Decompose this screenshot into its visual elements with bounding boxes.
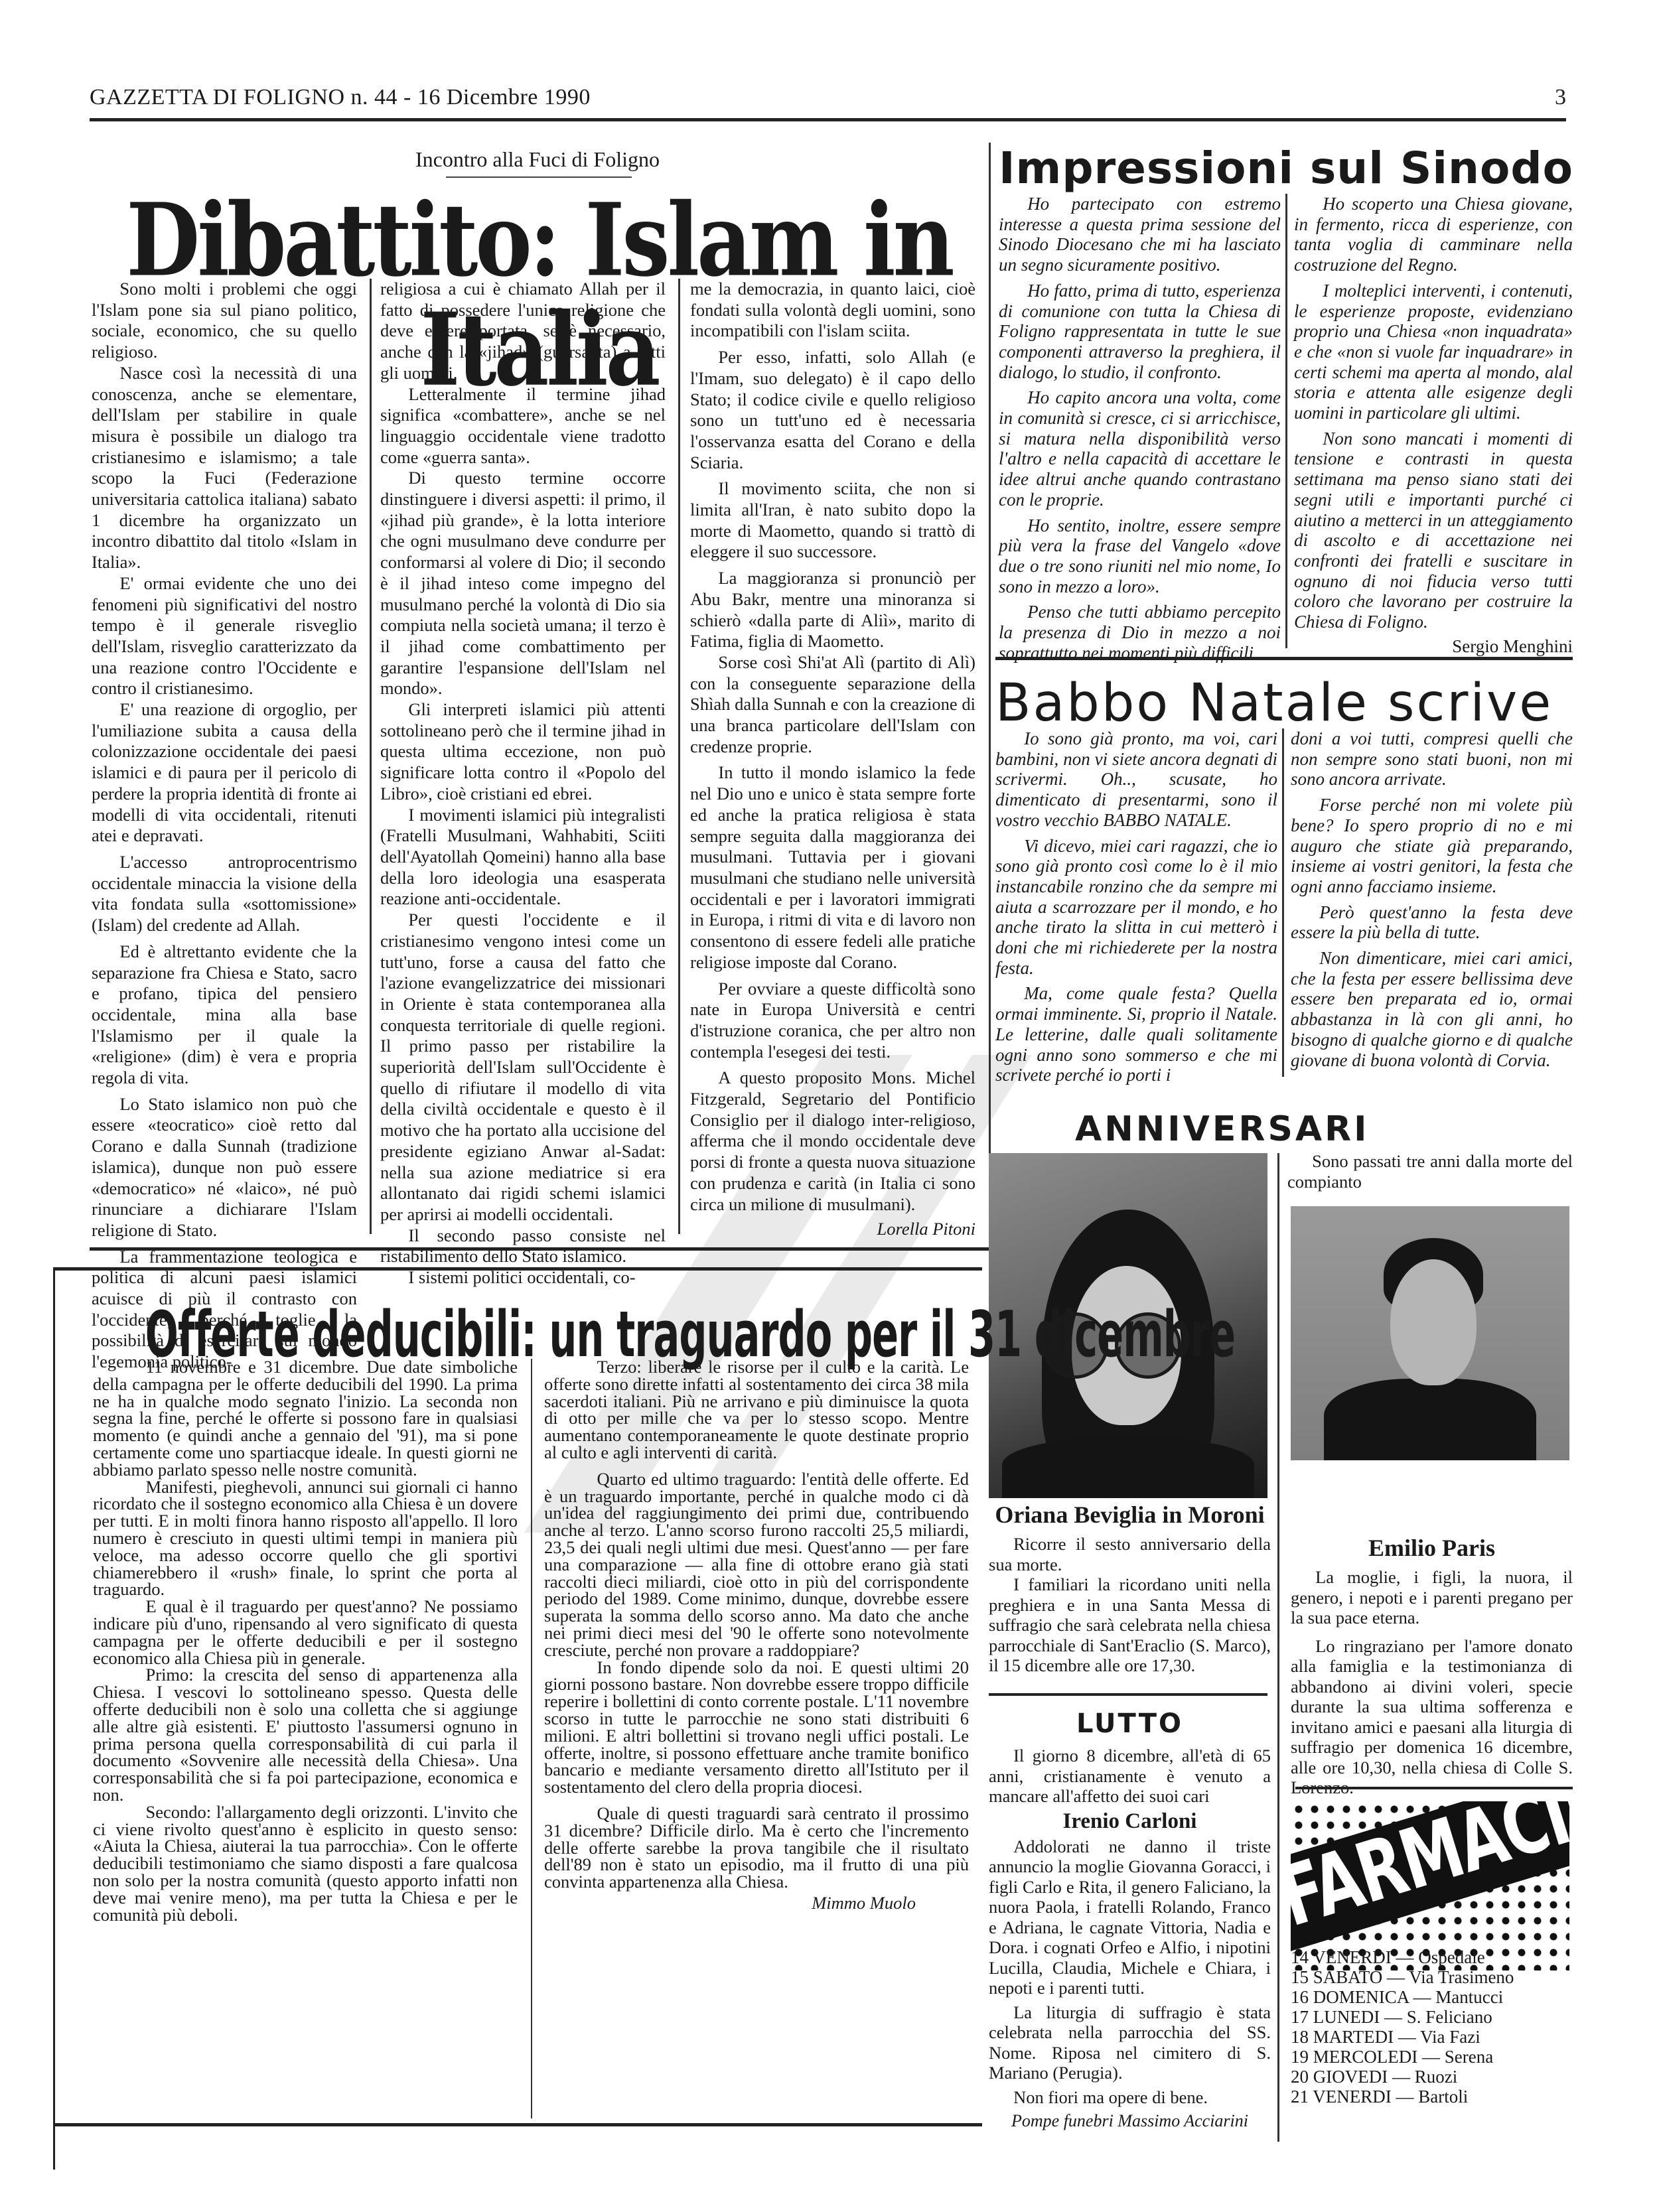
- headline-anniversari: ANNIVERSARI: [1075, 1109, 1486, 1149]
- page-number: 3: [1555, 85, 1566, 110]
- author-byline: Mimmo Muolo: [544, 1895, 969, 1912]
- intro-text: Sono passati tre anni dalla morte del co…: [1287, 1151, 1573, 1192]
- paragraph: 11 novembre e 31 dicembre. Due date simb…: [93, 1359, 518, 1479]
- paragraph: doni a voi tutti, compresi quelli che no…: [1291, 728, 1573, 790]
- islam-column-3: me la democrazia, in quanto laici, cioè …: [690, 279, 975, 1240]
- sinodo-column-1: Ho partecipato con estremo interesse a q…: [999, 194, 1281, 663]
- anniversari-intro: Sono passati tre anni dalla morte del co…: [1287, 1151, 1573, 1192]
- list-item: 18 MARTEDI — Via Fazi: [1291, 2027, 1569, 2047]
- paragraph: Quale di questi traguardi sarà centrato …: [544, 1805, 969, 1891]
- paragraph: Primo: la crescita del senso di apparten…: [93, 1667, 518, 1803]
- paragraph: religiosa a cui è chiamato Allah per il …: [380, 279, 666, 384]
- sinodo-column-2: Ho scoperto una Chiesa giovane, in ferme…: [1294, 194, 1573, 656]
- list-item: 16 DOMENICA — Mantucci: [1291, 1987, 1569, 2007]
- farmacie-logo: FARMACIE: [1291, 1801, 1569, 1970]
- article-kicker: Incontro alla Fuci di Foligno: [372, 147, 703, 172]
- kicker-underline: [446, 176, 632, 178]
- paragraph: Lo ringraziano per l'amore donato alla f…: [1291, 1636, 1573, 1798]
- deceased-name: Emilio Paris: [1291, 1534, 1573, 1562]
- paragraph: Addolorati ne danno il triste annuncio l…: [989, 1836, 1271, 1998]
- paragraph: Nasce così la necessità di una conoscenz…: [92, 363, 357, 573]
- masthead: GAZZETTA DI FOLIGNO n. 44 - 16 Dicembre …: [90, 85, 1566, 118]
- paragraph: Ho fatto, prima di tutto, esperienza di …: [999, 281, 1281, 383]
- paragraph: Sono molti i problemi che oggi l'Islam p…: [92, 279, 357, 363]
- section-rule: [53, 1267, 982, 1271]
- islam-column-1: Sono molti i problemi che oggi l'Islam p…: [92, 279, 357, 1373]
- paragraph: Ed è altrettanto evidente che la separaz…: [92, 941, 357, 1089]
- paragraph: Non fiori ma opere di bene.: [989, 2087, 1271, 2108]
- islam-column-2: religiosa a cui è chiamato Allah per il …: [380, 279, 666, 1288]
- section-rule: [90, 1247, 989, 1251]
- paragraph: Letteralmente il termine jihad significa…: [380, 384, 666, 468]
- paragraph: Secondo: l'allargamento degli orizzonti.…: [93, 1804, 518, 1924]
- author-byline: Sergio Menghini: [1294, 636, 1573, 657]
- deceased-name: Irenio Carloni: [989, 1809, 1271, 1834]
- list-item: 19 MERCOLEDI — Serena: [1291, 2047, 1569, 2067]
- paragraph: Penso che tutti abbiamo percepito la pre…: [999, 602, 1281, 663]
- paragraph: Ho partecipato con estremo interesse a q…: [999, 194, 1281, 275]
- lutto-notice: LUTTO Il giorno 8 dicembre, all'età di 6…: [989, 1708, 1271, 2131]
- paragraph: Gli interpreti islamici più attenti sott…: [380, 699, 666, 805]
- paragraph: Ho scoperto una Chiesa giovane, in ferme…: [1294, 194, 1573, 275]
- babbo-column-1: Io sono già pronto, ma voi, cari bambini…: [995, 728, 1277, 1085]
- paragraph: Però quest'anno la festa deve essere la …: [1291, 902, 1573, 943]
- paragraph: Per questi l'occidente e il cristianesim…: [380, 910, 666, 1225]
- author-byline: Lorella Pitoni: [690, 1219, 975, 1240]
- paragraph: L'accesso antroprocentrismo occidentale …: [92, 852, 357, 936]
- paragraph: E' ormai evidente che uno dei fenomeni p…: [92, 573, 357, 699]
- column-divider: [1282, 728, 1284, 1077]
- emilio-notice: Emilio Paris La moglie, i figli, la nuor…: [1291, 1534, 1573, 1798]
- paragraph: Ho capito ancora una volta, come in comu…: [999, 387, 1281, 510]
- paragraph: Quarto ed ultimo traguardo: l'entità del…: [544, 1471, 969, 1659]
- column-divider: [531, 1359, 532, 2118]
- paragraph: Lo Stato islamico non può che essere «te…: [92, 1094, 357, 1241]
- paragraph: La maggioranza si pronunciò per Abu Bakr…: [690, 568, 975, 652]
- paragraph: Io sono già pronto, ma voi, cari bambini…: [995, 728, 1277, 831]
- paragraph: In tutto il mondo islamico la fede nel D…: [690, 762, 975, 973]
- paragraph: Per esso, infatti, solo Allah (e l'Imam,…: [690, 347, 975, 473]
- paragraph: Forse perché non mi volete più bene? Io …: [1291, 795, 1573, 897]
- paragraph: Manifesti, pieghevoli, annunci sui giorn…: [93, 1479, 518, 1599]
- paragraph: Vi dicevo, miei cari ragazzi, che io son…: [995, 836, 1277, 979]
- headline-babbo-natale: Babbo Natale scrive: [995, 673, 1579, 733]
- section-rule: [995, 657, 1573, 660]
- paragraph: Il secondo passo consiste nel ristabilim…: [380, 1225, 666, 1267]
- paragraph: I familiari la ricordano uniti nella pre…: [989, 1574, 1271, 1676]
- deceased-name: Oriana Beviglia in Moroni: [989, 1501, 1271, 1529]
- headline-lutto: LUTTO: [989, 1708, 1271, 1739]
- list-item: 14 VENERDI — Ospedale: [1291, 1947, 1569, 1967]
- paragraph: Di questo termine occorre dinstinguere i…: [380, 468, 666, 699]
- babbo-column-2: doni a voi tutti, compresi quelli che no…: [1291, 728, 1573, 1070]
- list-item: 15 SABATO — Via Trasimeno: [1291, 1967, 1569, 1987]
- paragraph: Ho sentito, inoltre, essere sempre più v…: [999, 516, 1281, 597]
- section-rule: [53, 2123, 982, 2126]
- paragraph: Non sono mancati i momenti di tensione e…: [1294, 429, 1573, 632]
- headline-sinodo: Impressioni sul Sinodo: [999, 143, 1569, 194]
- paragraph: I molteplici interventi, i contenuti, le…: [1294, 281, 1573, 423]
- section-rule: [1295, 1787, 1573, 1789]
- publication-title: GAZZETTA DI FOLIGNO n. 44 - 16 Dicembre …: [90, 85, 591, 110]
- paragraph: me la democrazia, in quanto laici, cioè …: [690, 279, 975, 342]
- paragraph: E' una reazione di orgoglio, per l'umili…: [92, 699, 357, 847]
- paragraph: La liturgia di suffragio è stata celebra…: [989, 2002, 1271, 2083]
- paragraph: Per ovviare a queste difficoltà sono nat…: [690, 979, 975, 1063]
- column-divider: [678, 279, 680, 1234]
- paragraph: Il movimento sciita, che non si limita a…: [690, 478, 975, 563]
- paragraph: In fondo dipende solo da noi. E questi u…: [544, 1659, 969, 1796]
- section-rule: [989, 1693, 1267, 1696]
- paragraph: Ma, come quale festa? Quella ormai immin…: [995, 983, 1277, 1085]
- column-divider: [370, 279, 372, 1234]
- list-item: 21 VENERDI — Bartoli: [1291, 2087, 1569, 2107]
- paragraph: La moglie, i figli, la nuora, il genero,…: [1291, 1567, 1573, 1628]
- paragraph: Ricorre il sesto anniversario della sua …: [989, 1534, 1271, 1574]
- list-item: 17 LUNEDI — S. Feliciano: [1291, 2007, 1569, 2027]
- photo-emilio-paris: [1291, 1206, 1569, 1460]
- farmacie-list: 14 VENERDI — Ospedale 15 SABATO — Via Tr…: [1291, 1947, 1569, 2107]
- paragraph: Non dimenticare, miei cari amici, che la…: [1291, 948, 1573, 1070]
- funeral-home: Pompe funebri Massimo Acciarini: [989, 2111, 1271, 2131]
- offerte-column-1: 11 novembre e 31 dicembre. Due date simb…: [93, 1359, 518, 1923]
- offerte-column-2: Terzo: liberare le risorse per il culto …: [544, 1359, 969, 1912]
- paragraph: I movimenti islamici più integralisti (F…: [380, 805, 666, 910]
- paragraph: A questo proposito Mons. Michel Fitzgera…: [690, 1068, 975, 1215]
- column-divider: [1277, 1153, 1279, 2142]
- oriana-notice: Oriana Beviglia in Moroni Ricorre il ses…: [989, 1501, 1271, 1676]
- column-divider: [1285, 194, 1287, 648]
- section-divider: [989, 143, 991, 1244]
- paragraph: Il giorno 8 dicembre, all'età di 65 anni…: [989, 1746, 1271, 1807]
- list-item: 20 GIOVEDI — Ruozi: [1291, 2067, 1569, 2087]
- paragraph: Sorse così Shi'at Alì (partito di Alì) c…: [690, 652, 975, 758]
- paragraph: Terzo: liberare le risorse per il culto …: [544, 1359, 969, 1462]
- masthead-rule: [90, 118, 1566, 121]
- paragraph: E qual è il traguardo per quest'anno? Ne…: [93, 1598, 518, 1667]
